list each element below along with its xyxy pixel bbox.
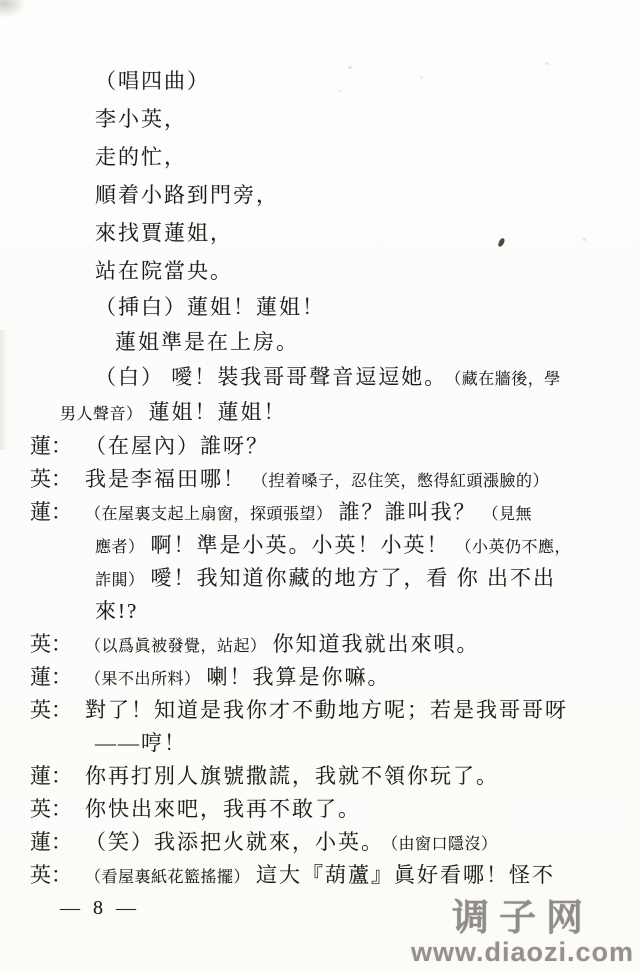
speaker-label: 英： xyxy=(30,628,85,661)
scanned-page: （唱四曲）李小英，走的忙，順着小路到門旁，來找賈蓮姐，站在院當央。（挿白）蓮姐！… xyxy=(0,0,640,972)
speaker-label: 蓮： xyxy=(30,430,85,463)
dialogue-text: 來!? xyxy=(95,599,138,623)
line-text: （以爲眞被發覺，站起）你知道我就出來唄。 xyxy=(85,628,480,661)
script-line: 走的忙， xyxy=(95,138,640,176)
script-line: 站在院當央。 xyxy=(95,252,640,290)
dialogue-text: （唱四曲） xyxy=(95,69,210,93)
script-body: （唱四曲）李小英，走的忙，順着小路到門旁，來找賈蓮姐，站在院當央。（挿白）蓮姐！… xyxy=(0,62,640,892)
scan-smudge xyxy=(0,0,26,18)
script-line: 來找賈蓮姐， xyxy=(95,214,640,252)
line-text: 詐閧）噯！我知道你藏的地方了，看 你 出不出 xyxy=(95,572,556,589)
dialogue-text: 蓮姐！蓮姐！ xyxy=(149,400,287,424)
dialogue-text: 你再打別人旗號撒謊，我就不領你玩了。 xyxy=(85,764,499,788)
line-text: 順着小路到門旁， xyxy=(95,189,279,206)
dialogue-text: 噯！我知道你藏的地方了，看 你 出不出 xyxy=(151,566,557,590)
script-line-speech: 英：（看屋裏紙花籃搖擺）這大『葫蘆』眞好看哪！怪不 xyxy=(30,859,640,892)
watermark-site-url: www.diaozi.com xyxy=(411,938,634,966)
speaker-label: 蓮： xyxy=(30,661,85,694)
line-text: 男人聲音）蓮姐！蓮姐！ xyxy=(60,406,287,423)
speaker-label: 英： xyxy=(30,463,85,496)
dialogue-text: 走的忙， xyxy=(95,145,187,169)
dialogue-text: 對了！知道是我你才不動地方呢；若是我哥哥呀 xyxy=(85,698,568,722)
line-text: 對了！知道是我你才不動地方呢；若是我哥哥呀 xyxy=(85,694,568,727)
dialogue-text: （白） 噯！裝我哥哥聲音逗逗她。 xyxy=(95,365,447,389)
line-text: （在屋內）誰呀？ xyxy=(85,430,269,463)
dialogue-text: 你快出來吧，我再不敢了。 xyxy=(85,797,361,821)
line-text: （笑）我添把火就來，小英。（由窗口隱沒） xyxy=(85,826,498,859)
script-line-speech: 蓮：（笑）我添把火就來，小英。（由窗口隱沒） xyxy=(30,826,640,859)
script-line-speech: 蓮：（果不出所料）喇！我算是你嘛。 xyxy=(30,661,640,694)
script-line-speech: 蓮：（在屋內）誰呀？ xyxy=(30,430,640,463)
dialogue-text: （挿白）蓮姐！蓮姐！ xyxy=(95,295,325,319)
script-line: ——哼！ xyxy=(95,727,640,760)
dialogue-text: 這大『葫蘆』眞好看哪！怪不 xyxy=(256,863,555,887)
line-text: （唱四曲） xyxy=(95,75,210,92)
line-text: 你再打別人旗號撒謊，我就不領你玩了。 xyxy=(85,760,499,793)
script-line: （挿白）蓮姐！蓮姐！ xyxy=(95,290,640,325)
speaker-label: 英： xyxy=(30,793,85,826)
line-text: ——哼！ xyxy=(95,737,187,754)
script-line: 詐閧）噯！我知道你藏的地方了，看 你 出不出 xyxy=(95,562,640,595)
watermark: 调子网 www.diaozi.com xyxy=(411,899,634,966)
stage-direction: 詐閧） xyxy=(95,572,145,589)
script-line-speech: 蓮：你再打別人旗號撒謊，我就不領你玩了。 xyxy=(30,760,640,793)
stage-direction: （藏在牆後，學 xyxy=(453,371,561,388)
dialogue-text: 你知道我就出來唄。 xyxy=(273,632,480,656)
script-line: 蓮姐準是在上房。 xyxy=(115,325,640,360)
script-line: 來!? xyxy=(95,595,640,628)
stage-direction: （見無 xyxy=(483,506,533,523)
dialogue-text: 站在院當央。 xyxy=(95,259,233,283)
line-text: （挿白）蓮姐！蓮姐！ xyxy=(95,301,325,318)
script-line-speech: 蓮：（在屋裏支起上扇窗，探頭張望）誰？誰叫我？（見無 xyxy=(30,496,640,529)
speaker-label: 英： xyxy=(30,859,85,892)
page-number: — 8 — xyxy=(60,897,140,920)
stage-direction: （揑着嗓子，忍住笑，憋得紅頭漲臉的） xyxy=(252,473,549,490)
stage-direction: （果不出所料） xyxy=(85,671,201,688)
dialogue-text: 李小英， xyxy=(95,107,187,131)
script-line-speech: 英：對了！知道是我你才不動地方呢；若是我哥哥呀 xyxy=(30,694,640,727)
line-text: （在屋裏支起上扇窗，探頭張望）誰？誰叫我？（見無 xyxy=(85,496,532,529)
line-text: （看屋裏紙花籃搖擺）這大『葫蘆』眞好看哪！怪不 xyxy=(85,859,555,892)
speaker-label: 蓮： xyxy=(30,496,85,529)
speaker-label: 蓮： xyxy=(30,760,85,793)
watermark-site-name: 调子网 xyxy=(411,899,634,938)
stage-direction: （在屋裏支起上扇窗，探頭張望） xyxy=(85,506,333,523)
stage-direction: （看屋裏紙花籃搖擺） xyxy=(85,869,250,886)
speaker-label: 英： xyxy=(30,694,85,727)
line-text: （白） 噯！裝我哥哥聲音逗逗她。（藏在牆後，學 xyxy=(95,371,561,388)
dialogue-text: 來找賈蓮姐， xyxy=(95,221,233,245)
script-line-speech: 英：（以爲眞被發覺，站起）你知道我就出來唄。 xyxy=(30,628,640,661)
stage-direction: （小英仍不應， xyxy=(456,539,572,556)
line-text: 來!? xyxy=(95,605,138,622)
line-text: 我是李福田哪！（揑着嗓子，忍住笑，憋得紅頭漲臉的） xyxy=(85,463,549,496)
script-line: 男人聲音）蓮姐！蓮姐！ xyxy=(60,395,640,430)
dialogue-text: 啊！準是小英。小英！小英！ xyxy=(151,533,450,557)
line-text: 來找賈蓮姐， xyxy=(95,227,233,244)
script-line: 順着小路到門旁， xyxy=(95,176,640,214)
dialogue-text: 順着小路到門旁， xyxy=(95,183,279,207)
script-line-speech: 英：我是李福田哪！（揑着嗓子，忍住笑，憋得紅頭漲臉的） xyxy=(30,463,640,496)
dialogue-text: 喇！我算是你嘛。 xyxy=(207,665,391,689)
dialogue-text: 誰？誰叫我？ xyxy=(339,500,477,524)
speaker-label: 蓮： xyxy=(30,826,85,859)
stage-direction: （由窗口隱沒） xyxy=(390,836,498,853)
line-text: 你快出來吧，我再不敢了。 xyxy=(85,793,361,826)
line-text: 李小英， xyxy=(95,113,187,130)
line-text: 站在院當央。 xyxy=(95,265,233,282)
stage-direction: 男人聲音） xyxy=(60,406,143,423)
line-text: 蓮姐準是在上房。 xyxy=(115,336,299,353)
stage-direction: （以爲眞被發覺，站起） xyxy=(85,638,267,655)
script-line: 應者）啊！準是小英。小英！小英！（小英仍不應， xyxy=(95,529,640,562)
script-line-speech: 英：你快出來吧，我再不敢了。 xyxy=(30,793,640,826)
dialogue-text: 我是李福田哪！ xyxy=(85,467,246,491)
script-line: 李小英， xyxy=(95,100,640,138)
dialogue-text: ——哼！ xyxy=(95,731,187,755)
dialogue-text: （笑）我添把火就來，小英。 xyxy=(85,830,384,854)
dialogue-text: 蓮姐準是在上房。 xyxy=(115,330,299,354)
line-text: 走的忙， xyxy=(95,151,187,168)
line-text: 應者）啊！準是小英。小英！小英！（小英仍不應， xyxy=(95,539,571,556)
line-text: （果不出所料）喇！我算是你嘛。 xyxy=(85,661,391,694)
stage-direction: 應者） xyxy=(95,539,145,556)
dialogue-text: （在屋內）誰呀？ xyxy=(85,434,269,458)
script-line: （白） 噯！裝我哥哥聲音逗逗她。（藏在牆後，學 xyxy=(95,360,640,395)
script-line: （唱四曲） xyxy=(95,62,640,100)
